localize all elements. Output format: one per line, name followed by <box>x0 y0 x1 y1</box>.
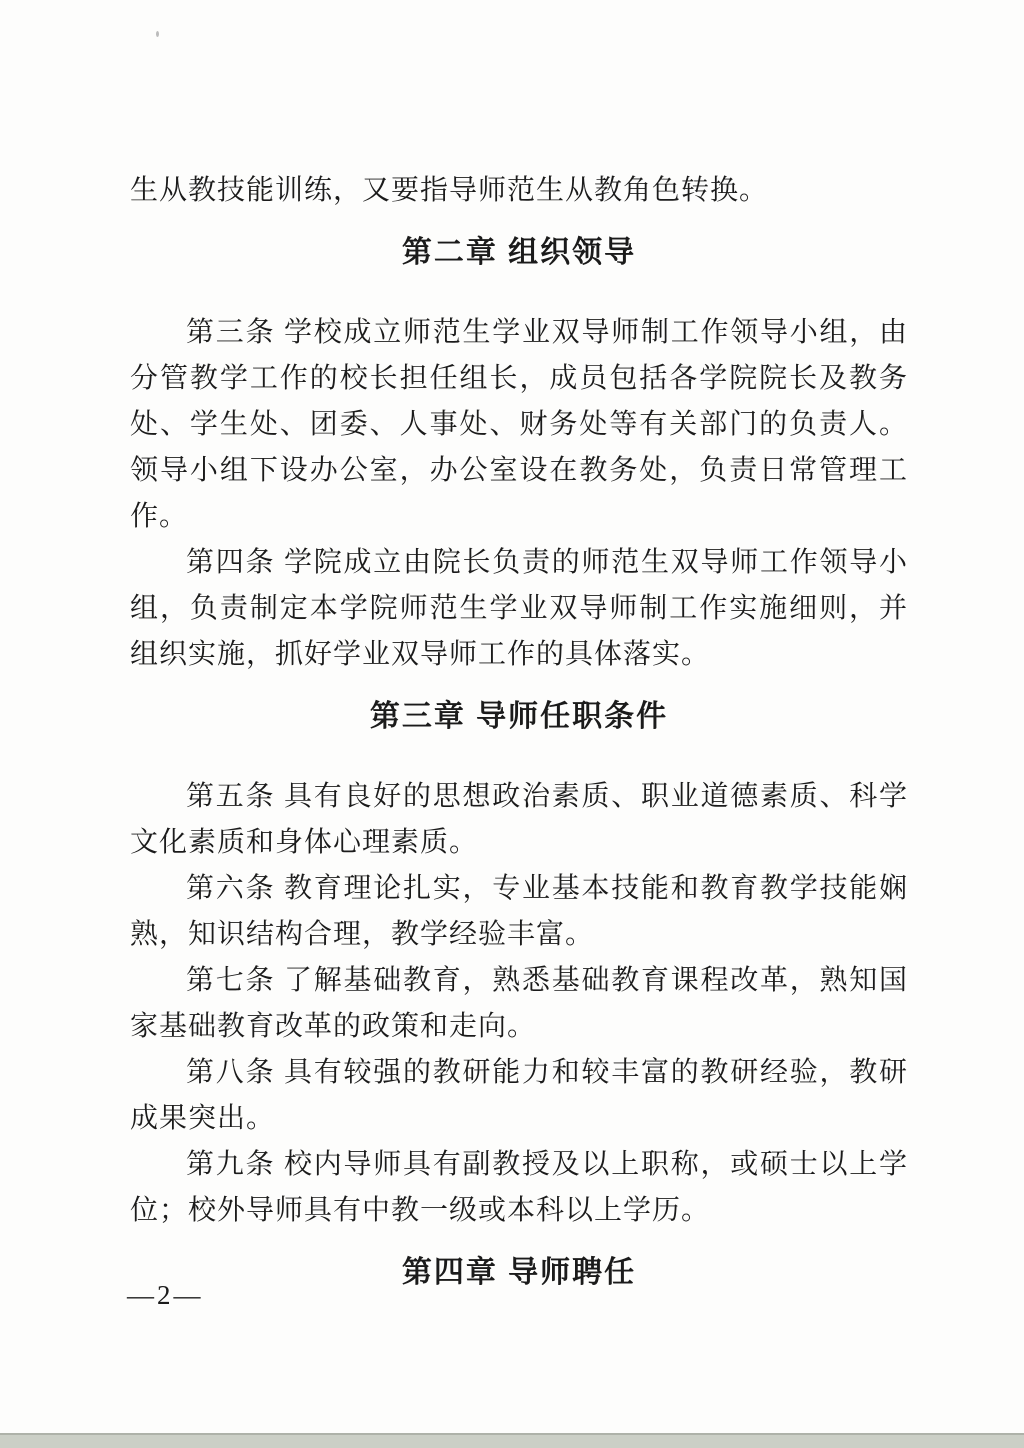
article-3-paragraph: 第三条 学校成立师范生学业双导师制工作领导小组，由分管教学工作的校长担任组长，成… <box>130 310 908 540</box>
chapter-3-heading: 第三章 导师任职条件 <box>130 694 908 740</box>
article-5-paragraph: 第五条 具有良好的思想政治素质、职业道德素质、科学文化素质和身体心理素质。 <box>130 774 908 866</box>
article-9-paragraph: 第九条 校内导师具有副教授及以上职称，或硕士以上学位；校外导师具有中教一级或本科… <box>130 1142 908 1234</box>
document-body: 生从教技能训练，又要指导师范生从教角色转换。 第二章 组织领导 第三条 学校成立… <box>130 168 908 1330</box>
chapter-2-heading: 第二章 组织领导 <box>130 230 908 276</box>
page-number: —2— <box>127 1280 204 1311</box>
scan-speck <box>156 31 159 37</box>
article-8-paragraph: 第八条 具有较强的教研能力和较丰富的教研经验，教研成果突出。 <box>130 1050 908 1142</box>
scanned-document-page: 生从教技能训练，又要指导师范生从教角色转换。 第二章 组织领导 第三条 学校成立… <box>0 0 1024 1448</box>
chapter-4-heading: 第四章 导师聘任 <box>130 1250 908 1296</box>
article-7-paragraph: 第七条 了解基础教育，熟悉基础教育课程改革，熟知国家基础教育改革的政策和走向。 <box>130 958 908 1050</box>
scan-bottom-edge <box>0 1433 1024 1448</box>
article-6-paragraph: 第六条 教育理论扎实，专业基本技能和教育教学技能娴熟，知识结构合理，教学经验丰富… <box>130 866 908 958</box>
carryover-paragraph: 生从教技能训练，又要指导师范生从教角色转换。 <box>130 168 908 214</box>
article-4-paragraph: 第四条 学院成立由院长负责的师范生双导师工作领导小组，负责制定本学院师范生学业双… <box>130 540 908 678</box>
